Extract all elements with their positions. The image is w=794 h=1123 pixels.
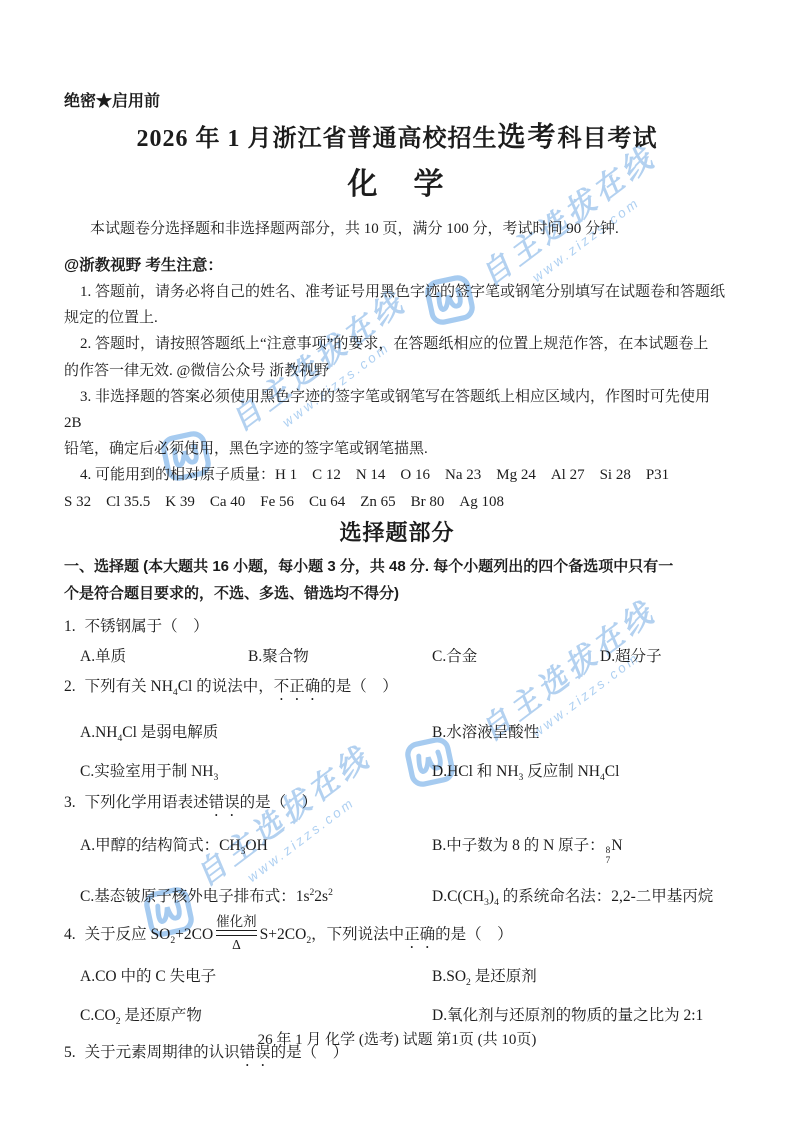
- title-emphasis: 选考: [497, 121, 557, 152]
- option-grid: A.NH4Cl 是弱电解质 B.水溶液呈酸性 C.实验室用于制 NH3 D.HC…: [64, 720, 730, 781]
- option-d: D.C(CH3)4 的系统命名法：2,2-二甲基丙烷: [432, 884, 730, 906]
- question-stem-text: 下列有关 NH4Cl 的说法中，不正确的是（ ）: [85, 678, 398, 695]
- notice-line: 1. 答题前，请务必将自己的姓名、准考证号用黑色字迹的签字笔或钢笔分别填写在试题…: [64, 279, 730, 305]
- notice-list: 1. 答题前，请务必将自己的姓名、准考证号用黑色字迹的签字笔或钢笔分别填写在试题…: [64, 279, 730, 515]
- option-d: D.超分子: [600, 644, 730, 666]
- section-directive: 一、选择题 (本大题共 16 小题，每小题 3 分，共 48 分. 每个小题列出…: [64, 553, 730, 607]
- notice-line: 3. 非选择题的答案必须使用黑色字迹的签字笔或钢笔写在答题纸上相应区域内，作图时…: [64, 384, 730, 436]
- question-4: 4.关于反应 SO2+2CO催化剂ΔS+2CO2，下列说法中正确的是（ ） A.…: [64, 916, 730, 1025]
- section-heading: 选择题部分: [64, 520, 730, 546]
- delta-label: Δ: [232, 937, 241, 953]
- notice-line: 规定的位置上.: [64, 305, 730, 331]
- option-a: A.甲醇的结构简式：CH3OH: [80, 833, 432, 867]
- intro-text: 本试题卷分选择题和非选择题两部分，共 10 页，满分 100 分，考试时间 90…: [64, 216, 730, 242]
- title-prefix: 2026 年 1 月浙江省普通高校招生: [136, 126, 497, 152]
- option-c: C.实验室用于制 NH3: [80, 759, 432, 781]
- notice-item: 1. 答题前，请务必将自己的姓名、准考证号用黑色字迹的签字笔或钢笔分别填写在试题…: [64, 279, 730, 331]
- secrecy-label: 绝密★启用前: [64, 88, 730, 111]
- question-stem: 1.不锈钢属于（ ）: [64, 614, 730, 640]
- notice-header: @浙教视野 考生注意：: [64, 253, 730, 279]
- option-b: B.中子数为 8 的 N 原子：87N: [432, 833, 730, 867]
- question-2: 2.下列有关 NH4Cl 的说法中，不正确的是（ ） A.NH4Cl 是弱电解质…: [64, 674, 730, 781]
- page-title: 2026 年 1 月浙江省普通高校招生选考科目考试: [64, 120, 730, 156]
- option-b: B.水溶液呈酸性: [432, 720, 730, 742]
- reaction-condition: 催化剂Δ: [216, 914, 257, 953]
- directive-line: 一、选择题 (本大题共 16 小题，每小题 3 分，共 48 分. 每个小题列出…: [64, 553, 730, 580]
- subject-title: 化 学: [64, 167, 730, 203]
- question-stem: 2.下列有关 NH4Cl 的说法中，不正确的是（ ）: [64, 674, 730, 704]
- question-3: 3.下列化学用语表述错误的是（ ） A.甲醇的结构简式：CH3OH B.中子数为…: [64, 790, 730, 906]
- notice-line: 4. 可能用到的相对原子质量：H 1 C 12 N 14 O 16 Na 23 …: [64, 462, 730, 488]
- reaction-equals-line: [216, 930, 257, 936]
- option-b: B.SO2 是还原剂: [432, 964, 730, 986]
- question-number: 1.: [64, 618, 76, 635]
- page-content: 绝密★启用前 2026 年 1 月浙江省普通高校招生选考科目考试 化 学 本试题…: [0, 0, 794, 1070]
- option-d: D.HCl 和 NH3 反应制 NH4Cl: [432, 759, 730, 781]
- question-stem: 4.关于反应 SO2+2CO催化剂ΔS+2CO2，下列说法中正确的是（ ）: [64, 916, 730, 955]
- notice-item: 3. 非选择题的答案必须使用黑色字迹的签字笔或钢笔写在答题纸上相应区域内，作图时…: [64, 384, 730, 463]
- reaction-right: S+2CO2: [260, 926, 311, 943]
- notice-line: 的作答一律无效. @微信公众号 浙教视野: [64, 358, 730, 384]
- notice-line: 铅笔，确定后必须使用，黑色字迹的签字笔或钢笔描黑.: [64, 436, 730, 462]
- option-a: A.NH4Cl 是弱电解质: [80, 720, 432, 742]
- exam-paper-page: 自主选拔在线 www.zizzs.com 自主选拔在线 www.zizzs.co…: [0, 0, 794, 1123]
- reaction-left: 关于反应 SO2+2CO: [85, 926, 214, 943]
- notice-line: S 32 Cl 35.5 K 39 Ca 40 Fe 56 Cu 64 Zn 6…: [64, 489, 730, 515]
- title-suffix: 科目考试: [558, 126, 658, 152]
- notice-item: 2. 答题时，请按照答题纸上“注意事项”的要求，在答题纸相应的位置上规范作答，在…: [64, 331, 730, 383]
- page-footer: 26 年 1 月 化学 (选考) 试题 第1页 (共 10页): [0, 1028, 794, 1049]
- option-a: A.CO 中的 C 失电子: [80, 964, 432, 986]
- option-c: C.CO2 是还原产物: [80, 1003, 432, 1025]
- catalyst-label: 催化剂: [216, 914, 257, 930]
- question-stem: 3.下列化学用语表述错误的是（ ）: [64, 790, 730, 820]
- option-d: D.氧化剂与还原剂的物质的量之比为 2:1: [432, 1003, 730, 1025]
- option-row: A.单质 B.聚合物 C.合金 D.超分子: [64, 644, 730, 666]
- option-c: C.合金: [432, 644, 600, 666]
- question-stem-text: 不锈钢属于（ ）: [85, 618, 209, 635]
- question-stem-text: ，下列说法中正确的是（ ）: [311, 926, 513, 943]
- option-grid: A.CO 中的 C 失电子 B.SO2 是还原剂 C.CO2 是还原产物 D.氧…: [64, 964, 730, 1025]
- question-number: 2.: [64, 678, 76, 695]
- directive-line: 个是符合题目要求的，不选、多选、错选均不得分): [64, 580, 730, 607]
- option-grid: A.甲醇的结构简式：CH3OH B.中子数为 8 的 N 原子：87N C.基态…: [64, 833, 730, 906]
- question-stem-text: 下列化学用语表述错误的是（ ）: [85, 794, 318, 811]
- option-b: B.聚合物: [248, 644, 432, 666]
- notice-item-atomic-masses: 4. 可能用到的相对原子质量：H 1 C 12 N 14 O 16 Na 23 …: [64, 462, 730, 514]
- option-c: C.基态铍原子核外电子排布式：1s22s2: [80, 884, 432, 906]
- option-a: A.单质: [80, 644, 248, 666]
- notice-line: 2. 答题时，请按照答题纸上“注意事项”的要求，在答题纸相应的位置上规范作答，在…: [64, 331, 730, 357]
- question-number: 4.: [64, 926, 76, 943]
- question-1: 1.不锈钢属于（ ） A.单质 B.聚合物 C.合金 D.超分子: [64, 614, 730, 666]
- question-number: 3.: [64, 794, 76, 811]
